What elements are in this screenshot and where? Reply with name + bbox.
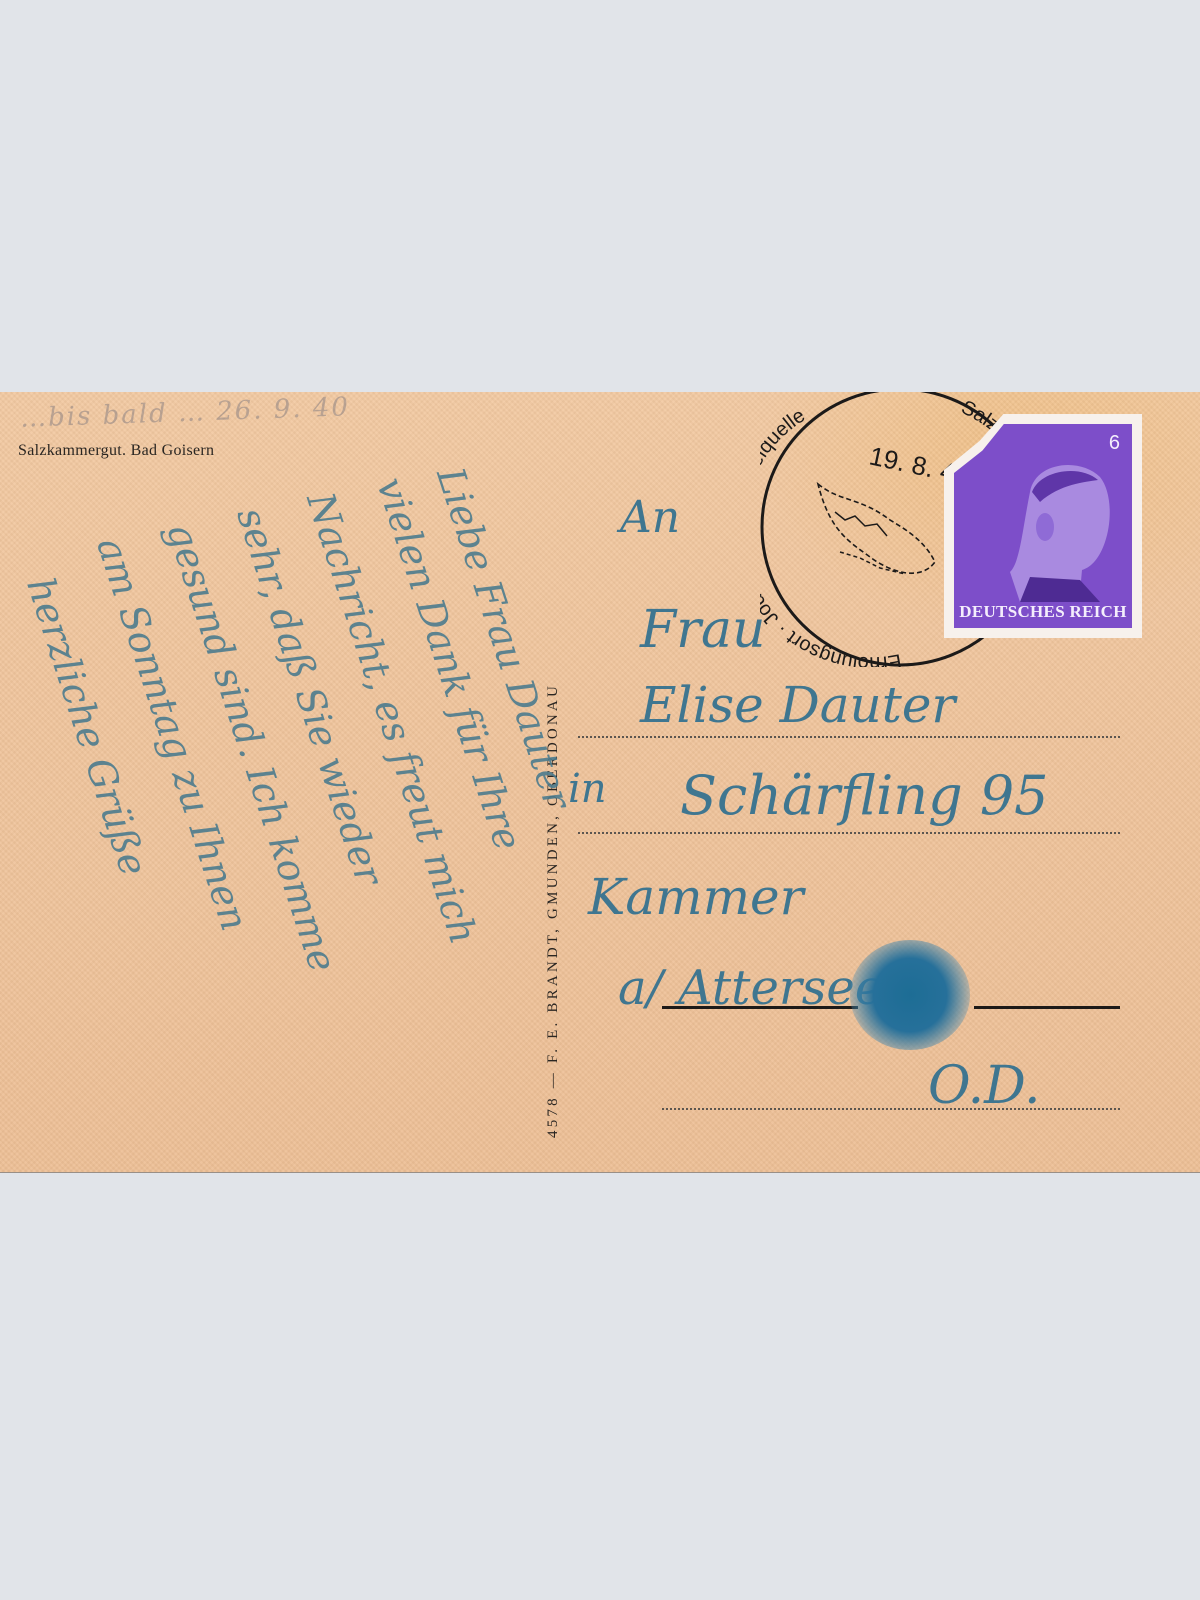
ink-blot (850, 940, 970, 1050)
address-line-2 (578, 832, 1120, 834)
postcard-caption: Salzkammergut. Bad Goisern (18, 442, 214, 460)
address-region: O.D. (928, 1056, 1040, 1116)
address-line-1 (578, 736, 1120, 738)
address-title: Frau (640, 600, 765, 660)
address-salutation: An (620, 492, 680, 543)
address-place: Schärfling 95 (680, 764, 1049, 827)
stamp-value: 6 (1109, 432, 1120, 455)
postcard: …bis bald … 26. 9. 40 Salzkammergut. Bad… (0, 392, 1200, 1172)
address-prefix: in (568, 766, 607, 812)
address-line-3-left (662, 1006, 858, 1009)
handwritten-message: Liebe Frau Dauter vielen Dank für Ihre N… (40, 462, 520, 1162)
address-name: Elise Dauter (640, 676, 955, 734)
postage-stamp: 6 DEUTSCHES REICH (944, 414, 1142, 638)
address-line-4 (662, 1108, 1120, 1110)
address-district: Kammer (588, 868, 803, 926)
address-line-3-right (974, 1006, 1120, 1009)
portrait-icon (1000, 452, 1120, 602)
stamp-country: DEUTSCHES REICH (958, 602, 1128, 622)
pencil-note: …bis bald … 26. 9. 40 (20, 392, 351, 433)
